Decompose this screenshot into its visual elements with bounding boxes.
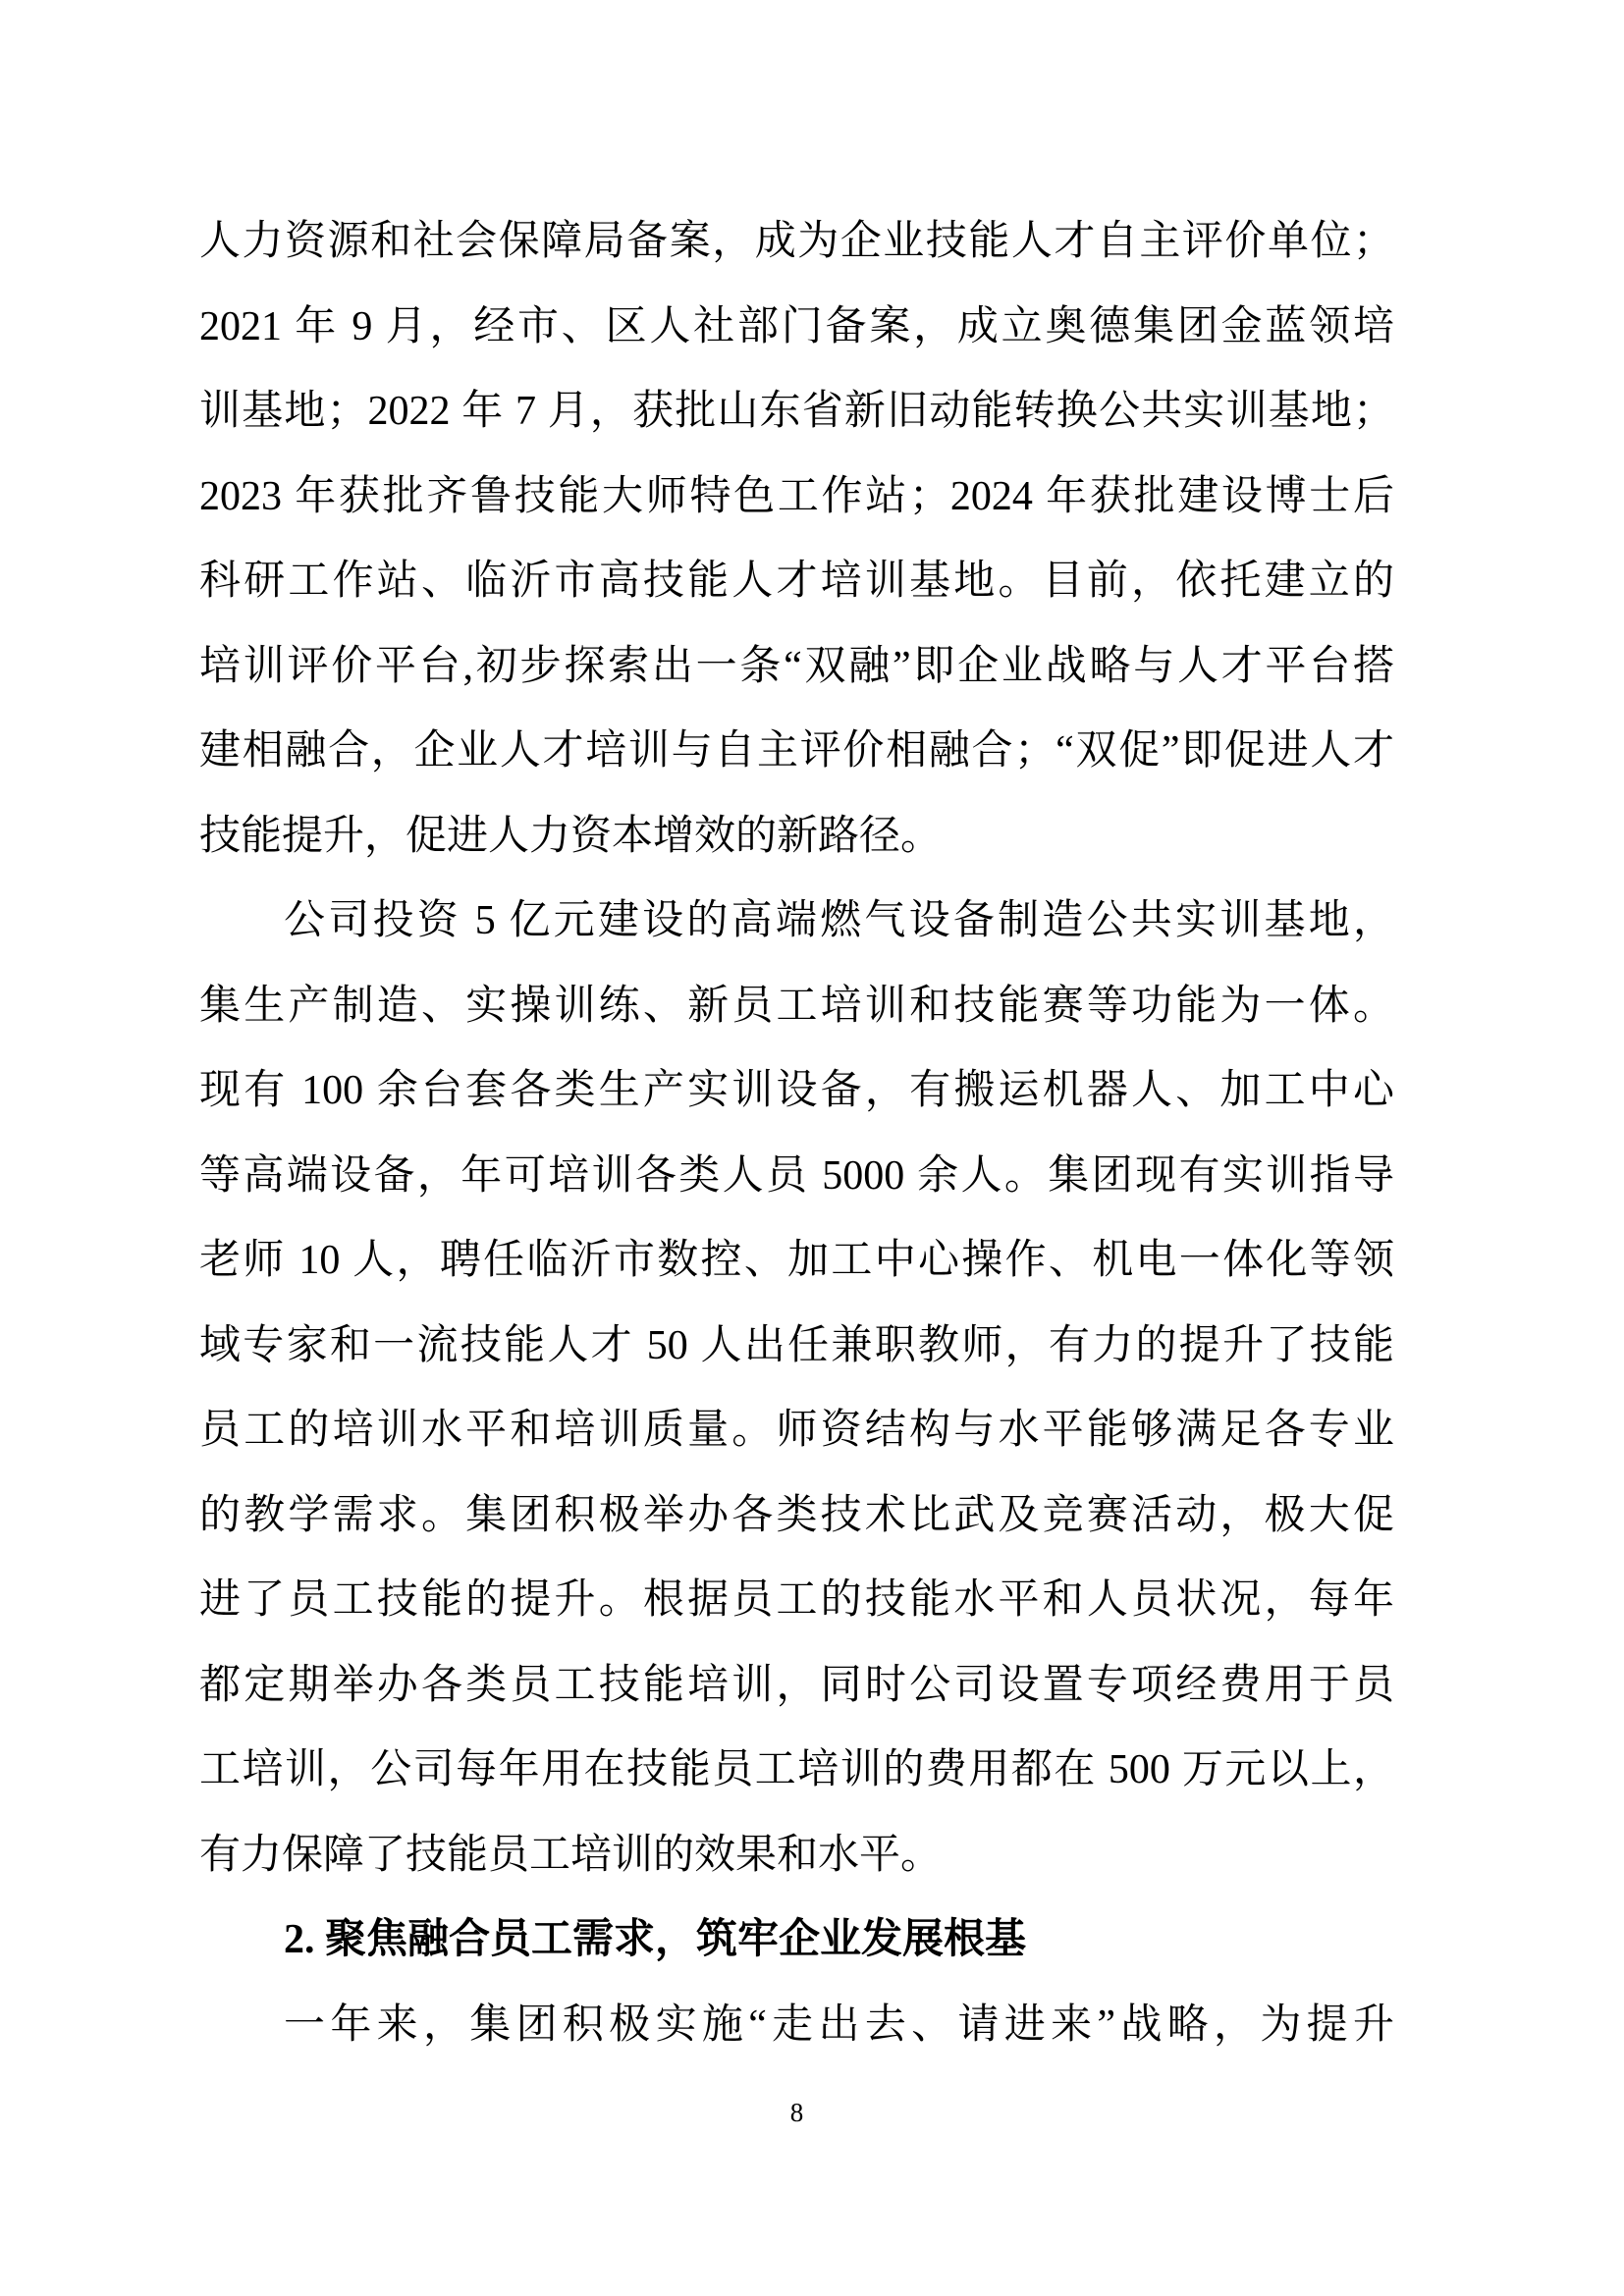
- paragraph-end-line: 技能提升，促进人力资本增效的新路径。: [199, 794, 1394, 880]
- text-line: 员工的培训水平和培训质量。师资结构与水平能够满足各专业: [199, 1388, 1394, 1473]
- section-heading: 2. 聚焦融合员工需求，筑牢企业发展根基: [199, 1897, 1394, 1983]
- text-line: 都定期举办各类员工技能培训，同时公司设置专项经费用于员: [199, 1643, 1394, 1729]
- paragraph-start-line: 公司投资 5 亿元建设的高端燃气设备制造公共实训基地，: [199, 879, 1394, 964]
- text-line: 现有 100 余台套各类生产实训设备，有搬运机器人、加工中心: [199, 1048, 1394, 1134]
- text-line: 2021 年 9 月，经市、区人社部门备案，成立奥德集团金蓝领培: [199, 285, 1394, 370]
- text-line: 科研工作站、临沂市高技能人才培训基地。目前，依托建立的: [199, 539, 1394, 624]
- text-line: 人力资源和社会保障局备案，成为企业技能人才自主评价单位；: [199, 199, 1394, 285]
- paragraph-start-line: 一年来，集团积极实施“走出去、请进来”战略，为提升: [199, 1983, 1394, 2068]
- document-page: 人力资源和社会保障局备案，成为企业技能人才自主评价单位； 2021 年 9 月，…: [0, 0, 1624, 2296]
- text-line: 培训评价平台,初步探索出一条“双融”即企业战略与人才平台搭: [199, 624, 1394, 710]
- text-line: 进了员工技能的提升。根据员工的技能水平和人员状况，每年: [199, 1558, 1394, 1643]
- paragraph-end-line: 有力保障了技能员工培训的效果和水平。: [199, 1813, 1394, 1898]
- text-line: 工培训，公司每年用在技能员工培训的费用都在 500 万元以上，: [199, 1728, 1394, 1813]
- text-line: 老师 10 人，聘任临沂市数控、加工中心操作、机电一体化等领: [199, 1218, 1394, 1304]
- text-line: 训基地；2022 年 7 月，获批山东省新旧动能转换公共实训基地；: [199, 369, 1394, 454]
- text-line: 等高端设备，年可培训各类人员 5000 余人。集团现有实训指导: [199, 1134, 1394, 1219]
- text-line: 集生产制造、实操训练、新员工培训和技能赛等功能为一体。: [199, 964, 1394, 1049]
- text-line: 2023 年获批齐鲁技能大师特色工作站；2024 年获批建设博士后: [199, 454, 1394, 540]
- document-text-block: 人力资源和社会保障局备案，成为企业技能人才自主评价单位； 2021 年 9 月，…: [199, 199, 1394, 2067]
- page-number: 8: [199, 2091, 1394, 2134]
- text-line: 建相融合，企业人才培训与自主评价相融合；“双促”即促进人才: [199, 709, 1394, 794]
- text-line: 的教学需求。集团积极举办各类技术比武及竞赛活动，极大促: [199, 1473, 1394, 1559]
- text-line: 域专家和一流技能人才 50 人出任兼职教师，有力的提升了技能: [199, 1304, 1394, 1389]
